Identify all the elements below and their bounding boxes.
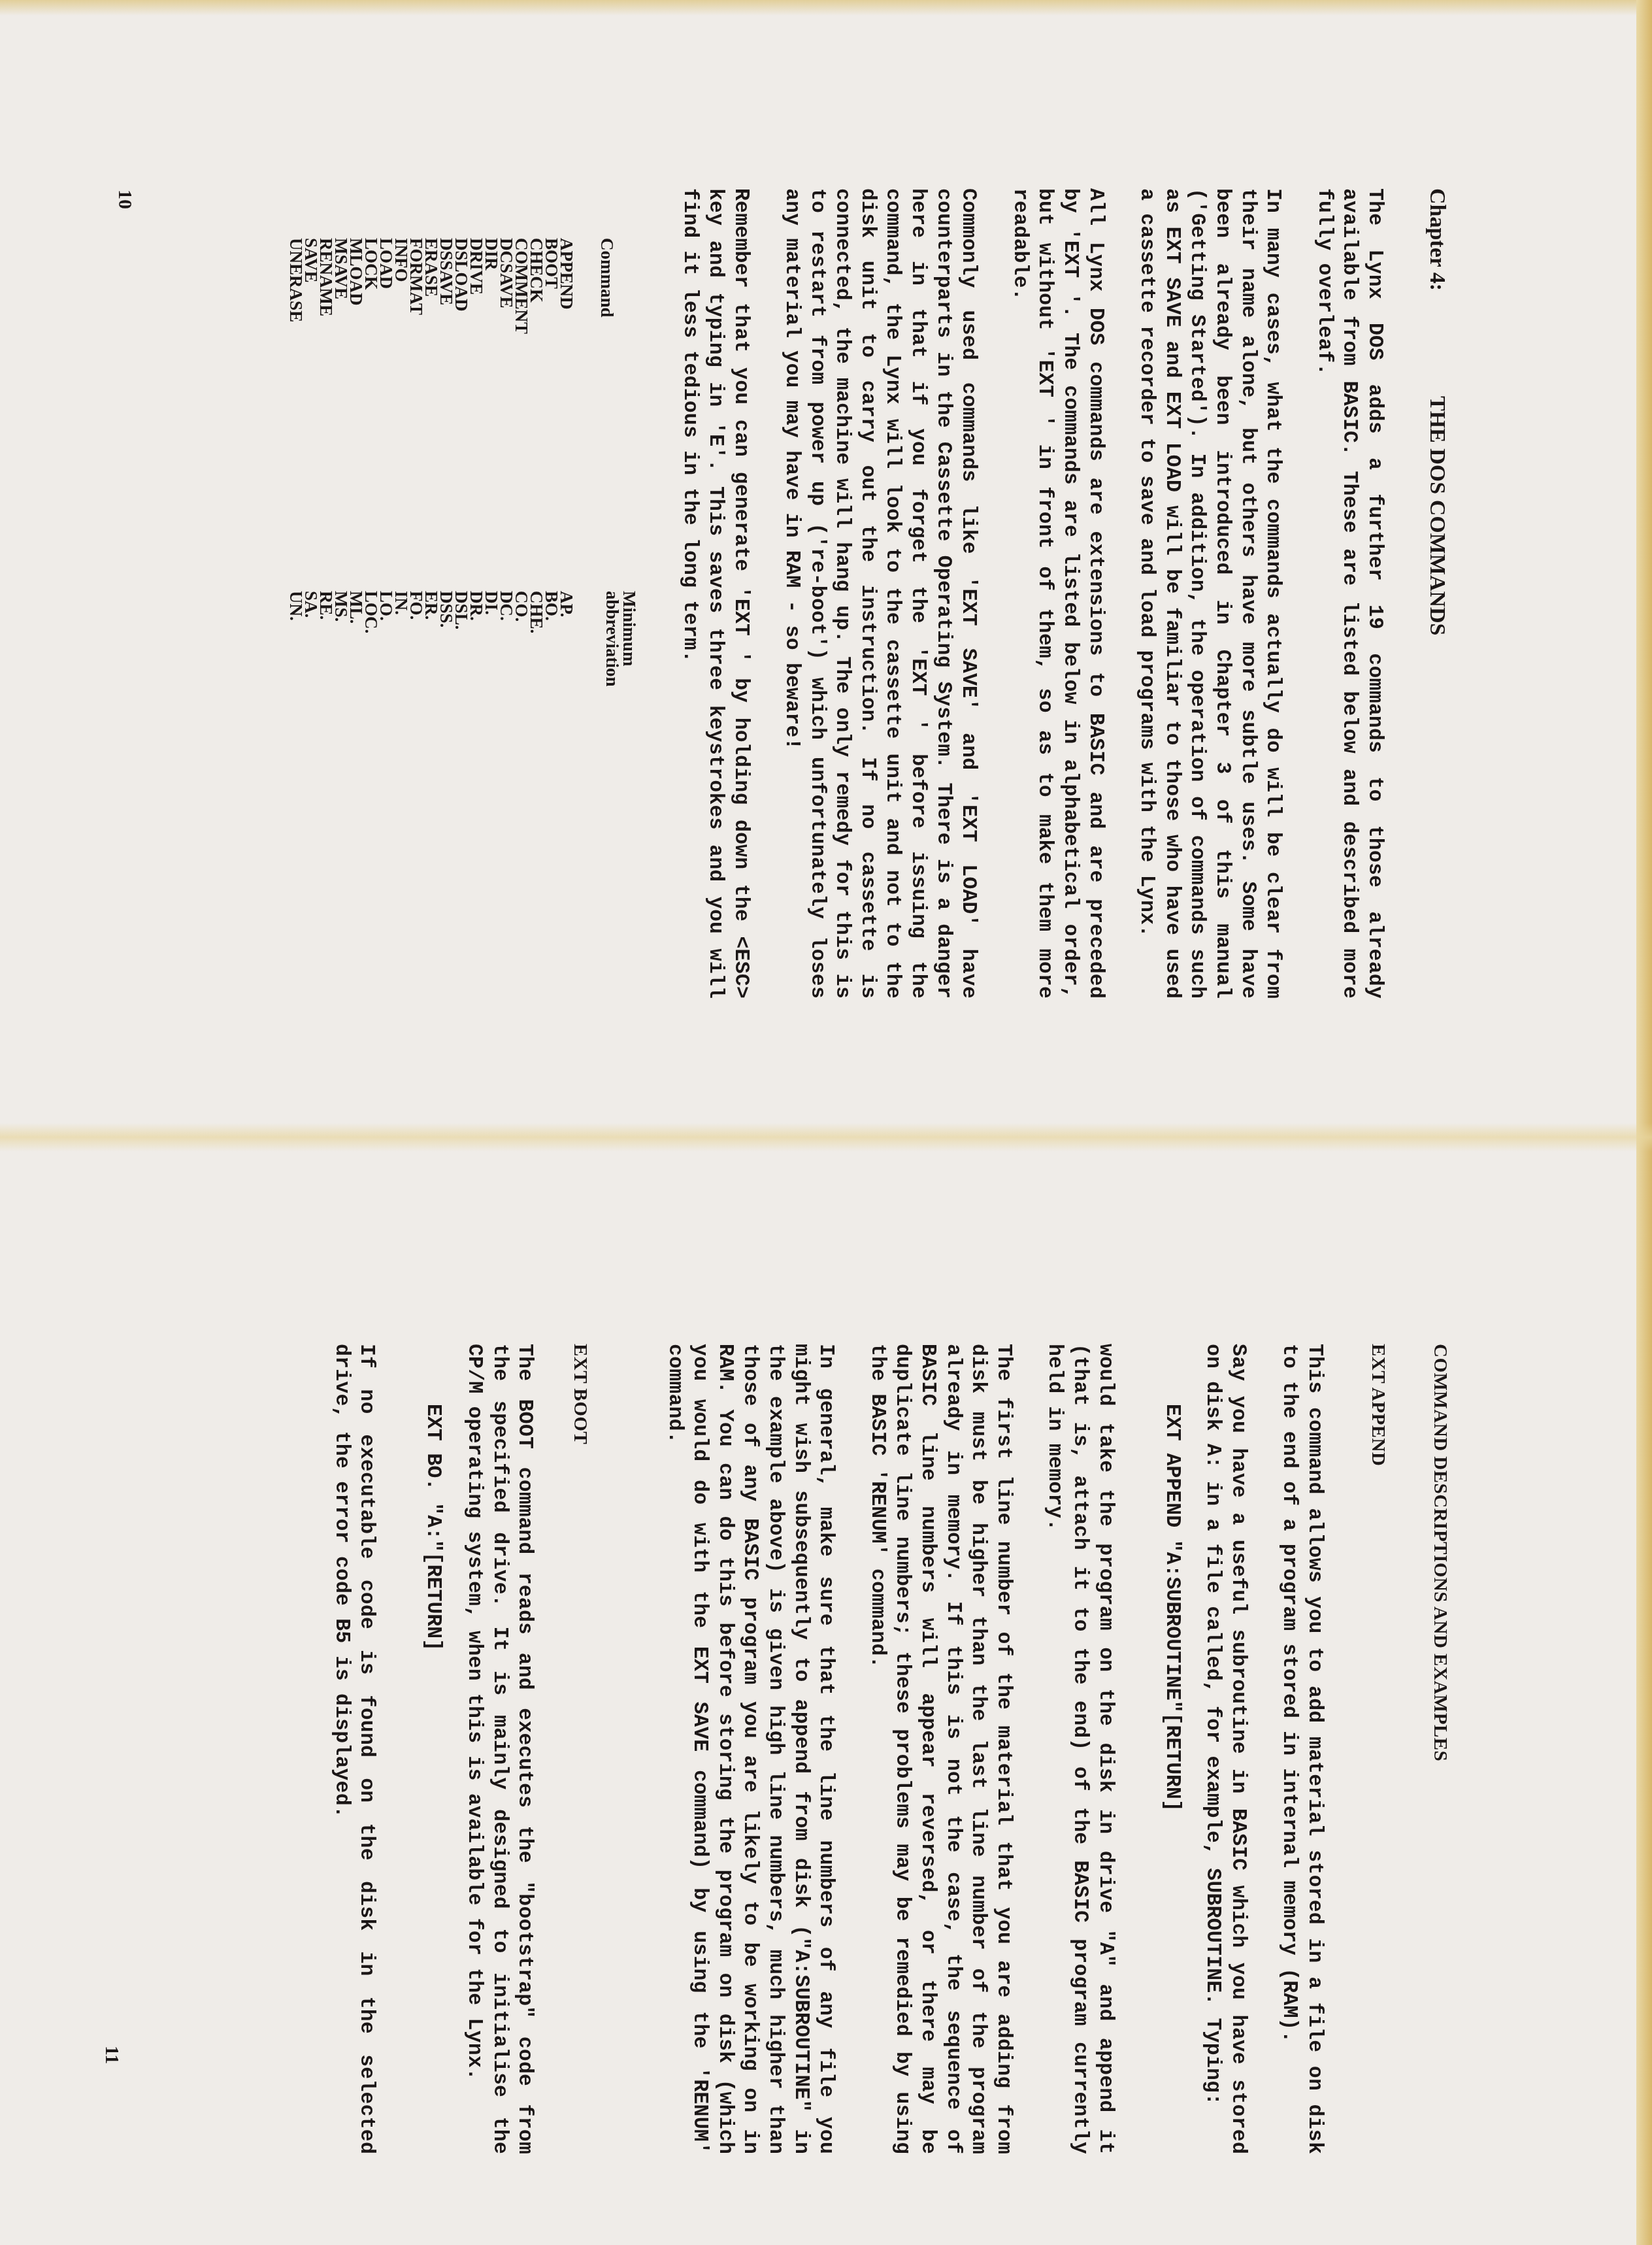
chapter-heading: Chapter 4: THE DOS COMMANDS <box>1425 188 1449 999</box>
command-name: INFO <box>393 238 408 591</box>
command-name: LOAD <box>378 238 393 591</box>
command-abbreviation: UN. <box>288 591 303 621</box>
command-name: DCSAVE <box>499 238 514 591</box>
command-table-body: APPENDAP.BOOTBO.CHECKCHE.COMMENTCO.DCSAV… <box>288 238 574 999</box>
paragraph: The BOOT command reads and executes the … <box>461 1344 537 2154</box>
paragraph: would take the program on the disk in dr… <box>1042 1344 1117 2154</box>
table-row: DCSAVEDC. <box>499 238 514 999</box>
command-name: RENAME <box>318 238 333 591</box>
column-header-command: Command <box>597 238 638 591</box>
intro-paragraph: The Lynx DOS adds a further 19 commands … <box>1311 188 1387 999</box>
command-table: Command Minimum abbreviation APPENDAP.BO… <box>288 238 638 999</box>
paragraph: The first line number of the material th… <box>864 1344 1016 2154</box>
column-header-abbreviation: Minimum abbreviation <box>604 591 638 687</box>
paragraph: Say you have a useful subroutine in BASI… <box>1200 1344 1250 2154</box>
page-10-column: Chapter 4: THE DOS COMMANDS The Lynx DOS… <box>288 188 1449 999</box>
command-name: FORMAT <box>408 238 423 591</box>
rotated-spread: Chapter 4: THE DOS COMMANDS The Lynx DOS… <box>0 0 1652 2245</box>
paragraph: Commonly used commands like 'EXT SAVE' a… <box>779 188 981 999</box>
ext-append-heading: EXT APPEND <box>1367 1344 1389 2154</box>
page-number: 11 <box>101 2046 123 2064</box>
command-name: APPEND <box>559 238 574 591</box>
paragraph: In many cases, what the commands actuall… <box>1134 188 1285 999</box>
header-line: abbreviation <box>604 591 621 687</box>
paragraph: If no executable code is found on the di… <box>328 1344 378 2154</box>
paragraph: All Lynx DOS commands are extensions to … <box>1006 188 1107 999</box>
code-example: EXT APPEND "A:SUBROUTINE"[RETURN] <box>1159 1404 1184 2154</box>
page-11-column: COMMAND DESCRIPTIONS AND EXAMPLES EXT AP… <box>302 1344 1451 2154</box>
table-row: FORMATFO. <box>408 238 423 999</box>
code-example: EXT BO. "A:"[RETURN] <box>420 1404 445 2154</box>
page-number: 10 <box>114 190 136 209</box>
table-row: RENAMERE. <box>318 238 333 999</box>
chapter-label: Chapter 4: <box>1425 188 1449 396</box>
ext-boot-heading: EXT BOOT <box>569 1344 591 2154</box>
chapter-title: THE DOS COMMANDS <box>1425 396 1449 635</box>
table-row: UNERASEUN. <box>288 238 303 999</box>
header-line: Minimum <box>621 591 638 687</box>
paragraph: Remember that you can generate 'EXT ' by… <box>677 188 753 999</box>
scanned-booklet-spread: Chapter 4: THE DOS COMMANDS The Lynx DOS… <box>0 0 1652 2245</box>
page-11: COMMAND DESCRIPTIONS AND EXAMPLES EXT AP… <box>0 1137 1652 2245</box>
command-table-header: Command Minimum abbreviation <box>574 238 638 999</box>
paragraph: In general, make sure that the line numb… <box>661 1344 838 2154</box>
paragraph: This command allows you to add material … <box>1276 1344 1327 2154</box>
section-title: COMMAND DESCRIPTIONS AND EXAMPLES <box>1429 1344 1451 2154</box>
page-10: Chapter 4: THE DOS COMMANDS The Lynx DOS… <box>0 0 1652 1137</box>
command-name: UNERASE <box>288 238 303 591</box>
